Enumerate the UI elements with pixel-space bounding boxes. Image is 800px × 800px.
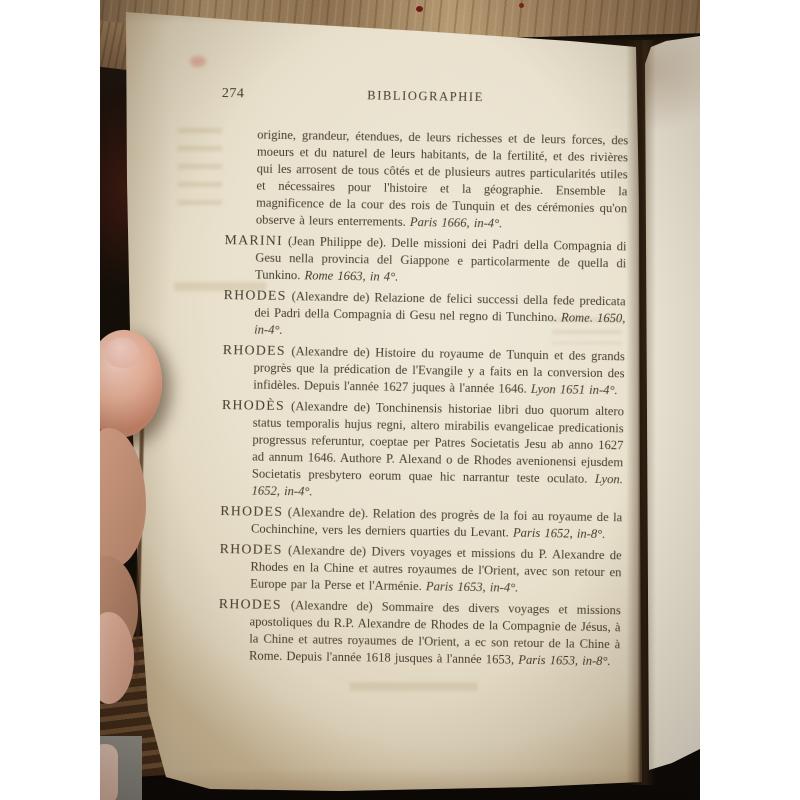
book-photo: 274 BIBLIOGRAPHIE origine, grandeur, éte… [100, 0, 700, 800]
bibliography-entry: RHODES (Alexandre de) Relazione de felic… [223, 286, 626, 344]
entry-imprint: Paris 1653, in-4°. [426, 579, 519, 594]
entry-imprint: Paris 1666, in-4°. [410, 215, 503, 230]
bibliography-entry: RHODES (Alexandre de) Divers voyages et … [219, 540, 622, 598]
show-through-smudge [350, 682, 478, 691]
bibliography-entries: origine, grandeur, étendues, de leurs ri… [213, 125, 628, 670]
bibliography-entry: RHODES (Alexandre de). Relation des prog… [220, 502, 623, 543]
running-title: BIBLIOGRAPHIE [244, 86, 607, 107]
entry-imprint: Rome 1663, in 4°. [304, 268, 398, 283]
entry-author: RHODÈS [222, 397, 285, 413]
book-gutter [626, 40, 656, 785]
bibliography-entry: RHODES (Alexandre de) Sommaire des diver… [218, 595, 621, 670]
red-speck [416, 6, 423, 12]
bibliography-entry: RHODÈS (Alexandre de) Tonchinensis histo… [221, 396, 625, 505]
entry-imprint: Lyon 1651 in-4°. [531, 382, 618, 397]
finger [100, 744, 118, 800]
bibliography-entry: MARINI (Jean Philippe de). Delle mission… [224, 231, 627, 289]
entry-author: RHODES [224, 287, 287, 303]
entry-author: RHODES [220, 503, 283, 519]
red-speck [519, 3, 524, 8]
thumb-nail [104, 336, 141, 369]
entry-imprint: Paris 1653, in-8°. [518, 653, 611, 668]
bibliography-entry: origine, grandeur, étendues, de leurs ri… [256, 126, 629, 235]
entry-author: RHODES [223, 342, 286, 358]
entry-text: origine, grandeur, étendues, de leurs ri… [256, 128, 629, 229]
foxing-spot [190, 56, 206, 67]
show-through-smudge [178, 128, 222, 212]
page-number: 274 [222, 86, 245, 102]
book-page: 274 BIBLIOGRAPHIE origine, grandeur, éte… [100, 0, 700, 800]
entry-text: (Alexandre de) Tonchinensis historiae li… [252, 399, 624, 486]
page-content: 274 BIBLIOGRAPHIE origine, grandeur, éte… [213, 86, 629, 673]
entry-imprint: Paris 1652, in-8°. [513, 526, 606, 541]
entry-author: RHODES [220, 541, 283, 557]
bibliography-entry: RHODES (Alexandre de) Histoire du royaum… [222, 341, 625, 399]
entry-author: MARINI [224, 232, 283, 248]
entry-author: RHODES [219, 596, 282, 612]
page-header: 274 BIBLIOGRAPHIE [222, 86, 629, 108]
